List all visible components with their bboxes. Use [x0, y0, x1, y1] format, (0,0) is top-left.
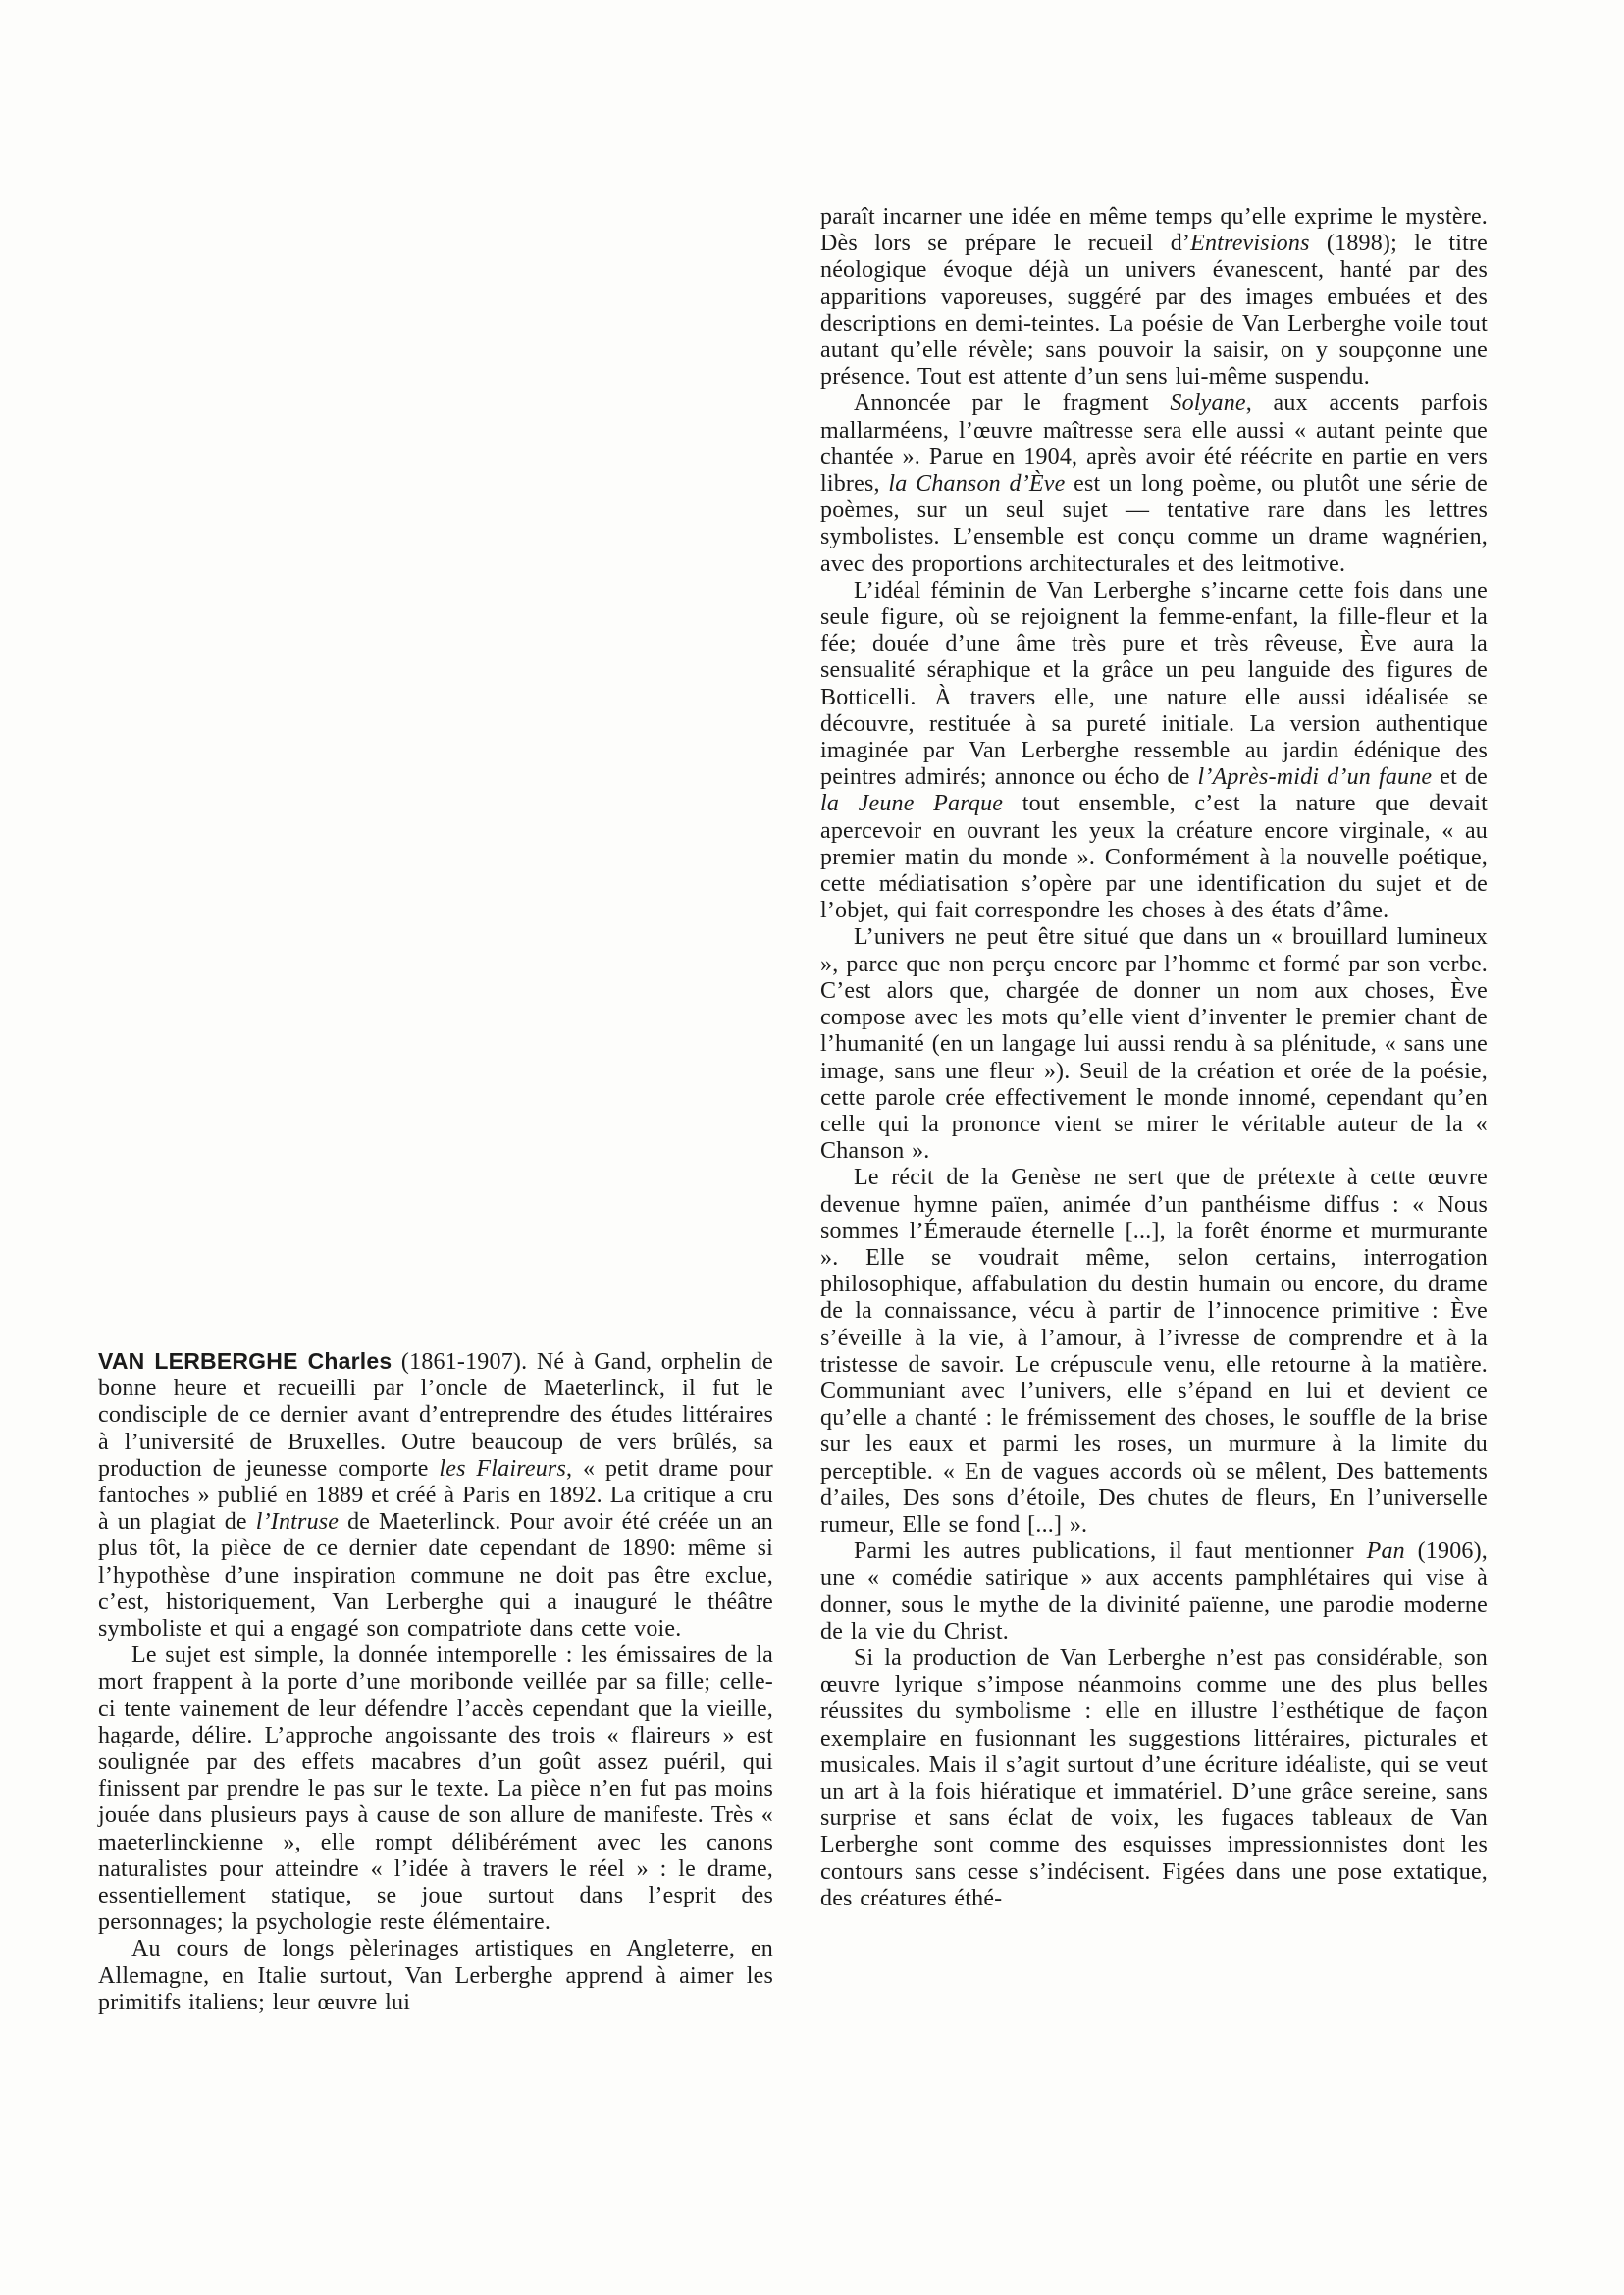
work-title: la Jeune Parque [820, 791, 1003, 816]
entry-headword: VAN LERBERGHE Charles [98, 1348, 392, 1374]
paragraph: Le récit de la Genèse ne sert que de pré… [820, 1165, 1488, 1539]
work-title: la Chanson d’Ève [888, 471, 1065, 496]
work-title: les Flaireurs [439, 1456, 566, 1482]
paragraph: Si la production de Van Lerberghe n’est … [820, 1645, 1488, 1912]
text-run: L’idéal féminin de Van Lerberghe s’incar… [820, 578, 1488, 790]
paragraph: paraît incarner une idée en même temps q… [820, 204, 1488, 391]
paragraph: L’univers ne peut être situé que dans un… [820, 924, 1488, 1165]
paragraph: VAN LERBERGHE Charles (1861-1907). Né à … [98, 1348, 773, 1643]
left-column: VAN LERBERGHE Charles (1861-1907). Né à … [98, 1348, 773, 2016]
text-run: et de [1432, 764, 1488, 790]
text-run: Parmi les autres publications, il faut m… [854, 1539, 1367, 1564]
text-run: L’univers ne peut être situé que dans un… [820, 924, 1488, 1164]
work-title: Entrevisions [1190, 231, 1310, 256]
work-title: Pan [1367, 1539, 1405, 1564]
text-run: Annoncée par le fragment [854, 391, 1170, 416]
work-title: l’Intruse [256, 1509, 339, 1535]
right-column: paraît incarner une idée en même temps q… [820, 204, 1488, 1912]
text-run: Le sujet est simple, la donnée intempore… [98, 1643, 773, 1935]
page: VAN LERBERGHE Charles (1861-1907). Né à … [0, 0, 1624, 2295]
work-title: Solyane [1170, 391, 1245, 416]
paragraph: Annoncée par le fragment Solyane, aux ac… [820, 391, 1488, 577]
text-run: Le récit de la Genèse ne sert que de pré… [820, 1165, 1488, 1538]
work-title: l’Après-midi d’un faune [1198, 764, 1433, 790]
text-run: Si la production de Van Lerberghe n’est … [820, 1645, 1488, 1911]
paragraph: Au cours de longs pèlerinages artistique… [98, 1936, 773, 2016]
text-run: Au cours de longs pèlerinages artistique… [98, 1936, 773, 2014]
paragraph: Le sujet est simple, la donnée intempore… [98, 1643, 773, 1936]
paragraph: L’idéal féminin de Van Lerberghe s’incar… [820, 578, 1488, 925]
paragraph: Parmi les autres publications, il faut m… [820, 1539, 1488, 1645]
